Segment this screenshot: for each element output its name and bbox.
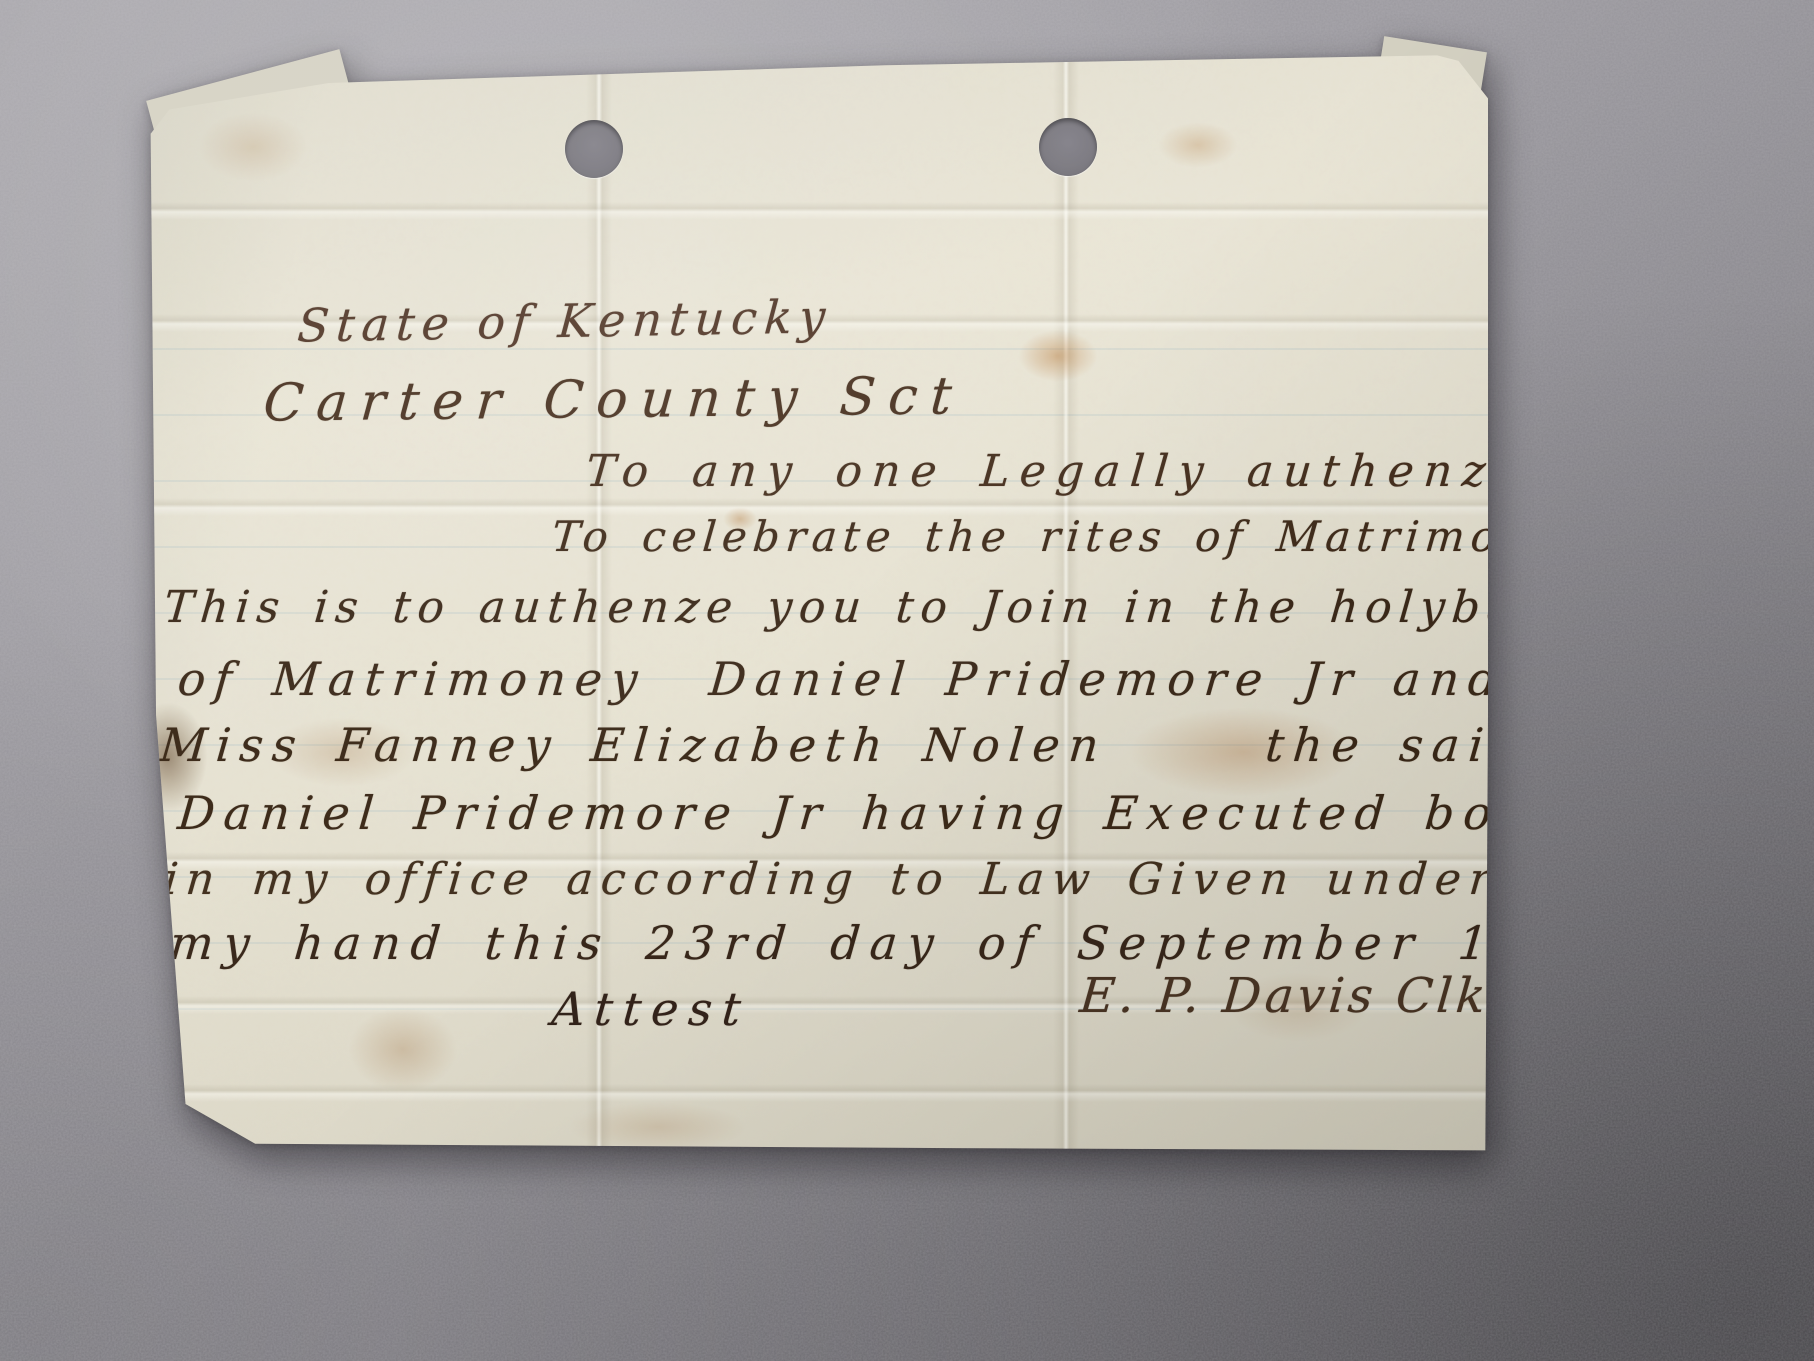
horizontal-fold-crease xyxy=(148,1084,1488,1102)
handwritten-line-county: Carter County Sct xyxy=(261,366,966,433)
stain xyxy=(1018,330,1098,382)
handwritten-line-date: my hand this 23rd day of September 1862 xyxy=(168,916,1618,970)
handwritten-line-authorize: This is to authenze you to Join in the h… xyxy=(162,582,1623,633)
document-photo: State of Kentucky Carter County Sct To a… xyxy=(0,0,1814,1361)
stain xyxy=(568,1102,748,1152)
handwritten-line-bond: Daniel Pridemore Jr having Executed bond xyxy=(176,786,1580,840)
stain xyxy=(198,112,308,182)
attest-label: Attest xyxy=(550,982,753,1036)
handwritten-line-groom: of Matrimoney Daniel Pridemore Jr and xyxy=(176,652,1509,706)
handwritten-line-celebrate: To celebrate the rites of Matrimoney xyxy=(550,512,1598,561)
punch-hole-right xyxy=(1039,118,1097,176)
handwritten-line-salutation: To any one Legally authenzed xyxy=(584,446,1572,497)
signature: E. P. Davis Clker xyxy=(1078,968,1552,1024)
stain xyxy=(348,1007,458,1092)
handwritten-line-state: State of Kentucky xyxy=(296,289,834,352)
handwritten-line-bride: Miss Fanney Elizabeth Nolen the said xyxy=(158,718,1534,772)
handwritten-line-office: in my office according to Law Given unde… xyxy=(162,854,1501,905)
stain xyxy=(1158,122,1238,168)
punch-hole-left xyxy=(565,120,623,178)
paper-sheet: State of Kentucky Carter County Sct To a… xyxy=(148,52,1488,1157)
horizontal-fold-crease xyxy=(148,202,1488,220)
